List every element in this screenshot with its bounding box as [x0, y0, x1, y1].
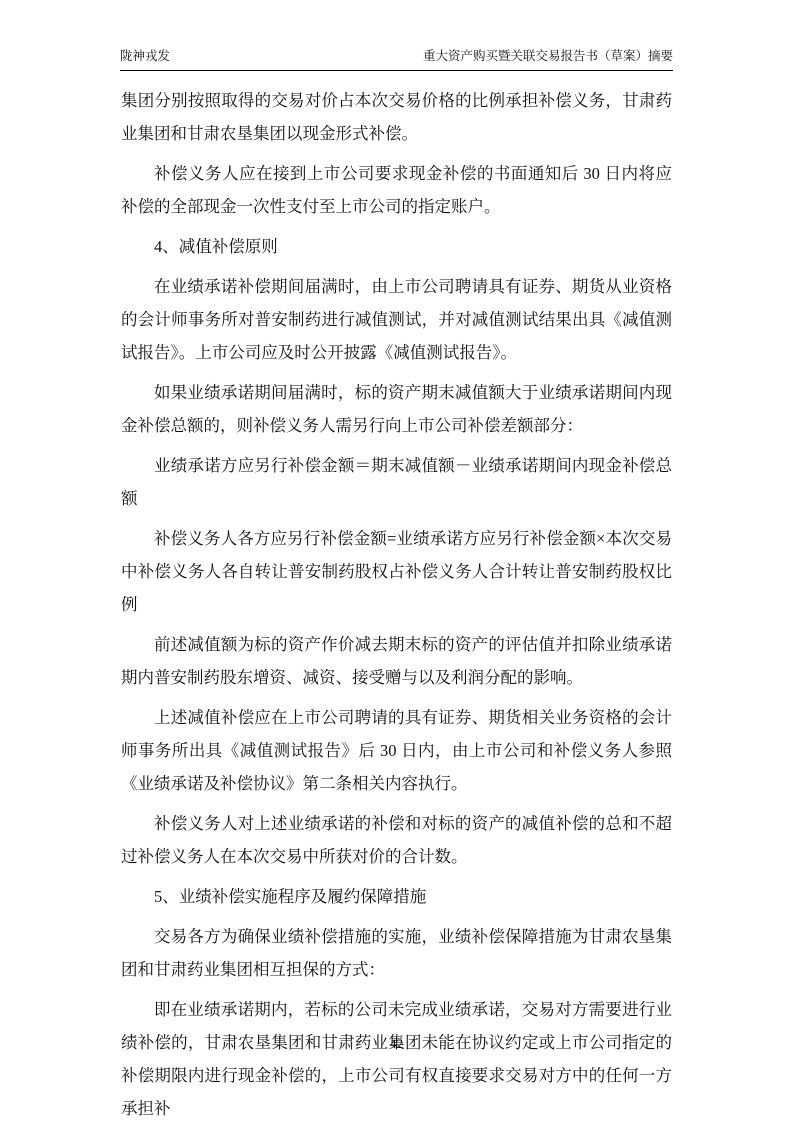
- paragraph: 如果业绩承诺期间届满时，标的资产期末减值额大于业绩承诺期间内现金补偿总额的，则补…: [121, 376, 672, 442]
- document-body: 集团分别按照取得的交易对价占本次交易价格的比例承担补偿义务，甘肃药业集团和甘肃农…: [121, 84, 672, 1122]
- paragraph: 补偿义务人应在接到上市公司要求现金补偿的书面通知后 30 日内将应补偿的全部现金…: [121, 157, 672, 223]
- paragraph: 在业绩承诺补偿期间届满时，由上市公司聘请具有证券、期货从业资格的会计师事务所对普…: [121, 270, 672, 369]
- page-footer: 42: [0, 1035, 793, 1052]
- paragraph-continuation: 集团分别按照取得的交易对价占本次交易价格的比例承担补偿义务，甘肃药业集团和甘肃农…: [121, 84, 672, 150]
- document-page: 陇神戎发 重大资产购买暨关联交易报告书（草案）摘要 集团分别按照取得的交易对价占…: [0, 0, 793, 1122]
- header-report-title: 重大资产购买暨关联交易报告书（草案）摘要: [423, 48, 673, 65]
- paragraph: 补偿义务人对上述业绩承诺的补偿和对标的资产的减值补偿的总和不超过补偿义务人在本次…: [121, 807, 672, 873]
- paragraph: 上述减值补偿应在上市公司聘请的具有证券、期货相关业务资格的会计师事务所出具《减值…: [121, 701, 672, 800]
- paragraph: 交易各方为确保业绩补偿措施的实施，业绩补偿保障措施为甘肃农垦集团和甘肃药业集团相…: [121, 920, 672, 986]
- section-heading-5: 5、业绩补偿实施程序及履约保障措施: [121, 880, 672, 913]
- formula-line: 补偿义务人各方应另行补偿金额=业绩承诺方应另行补偿金额×本次交易中补偿义务人各自…: [121, 522, 672, 621]
- header-company-name: 陇神戎发: [120, 48, 170, 65]
- paragraph: 前述减值额为标的资产作价减去期末标的资产的评估值并扣除业绩承诺期内普安制药股东增…: [121, 628, 672, 694]
- page-number: 42: [390, 1036, 403, 1051]
- formula-line: 业绩承诺方应另行补偿金额＝期末减值额－业绩承诺期间内现金补偿总额: [121, 449, 672, 515]
- paragraph: 即在业绩承诺期内，若标的公司未完成业绩承诺，交易对方需要进行业绩补偿的，甘肃农垦…: [121, 993, 672, 1122]
- page-header: 陇神戎发 重大资产购买暨关联交易报告书（草案）摘要: [120, 48, 673, 71]
- section-heading-4: 4、减值补偿原则: [121, 230, 672, 263]
